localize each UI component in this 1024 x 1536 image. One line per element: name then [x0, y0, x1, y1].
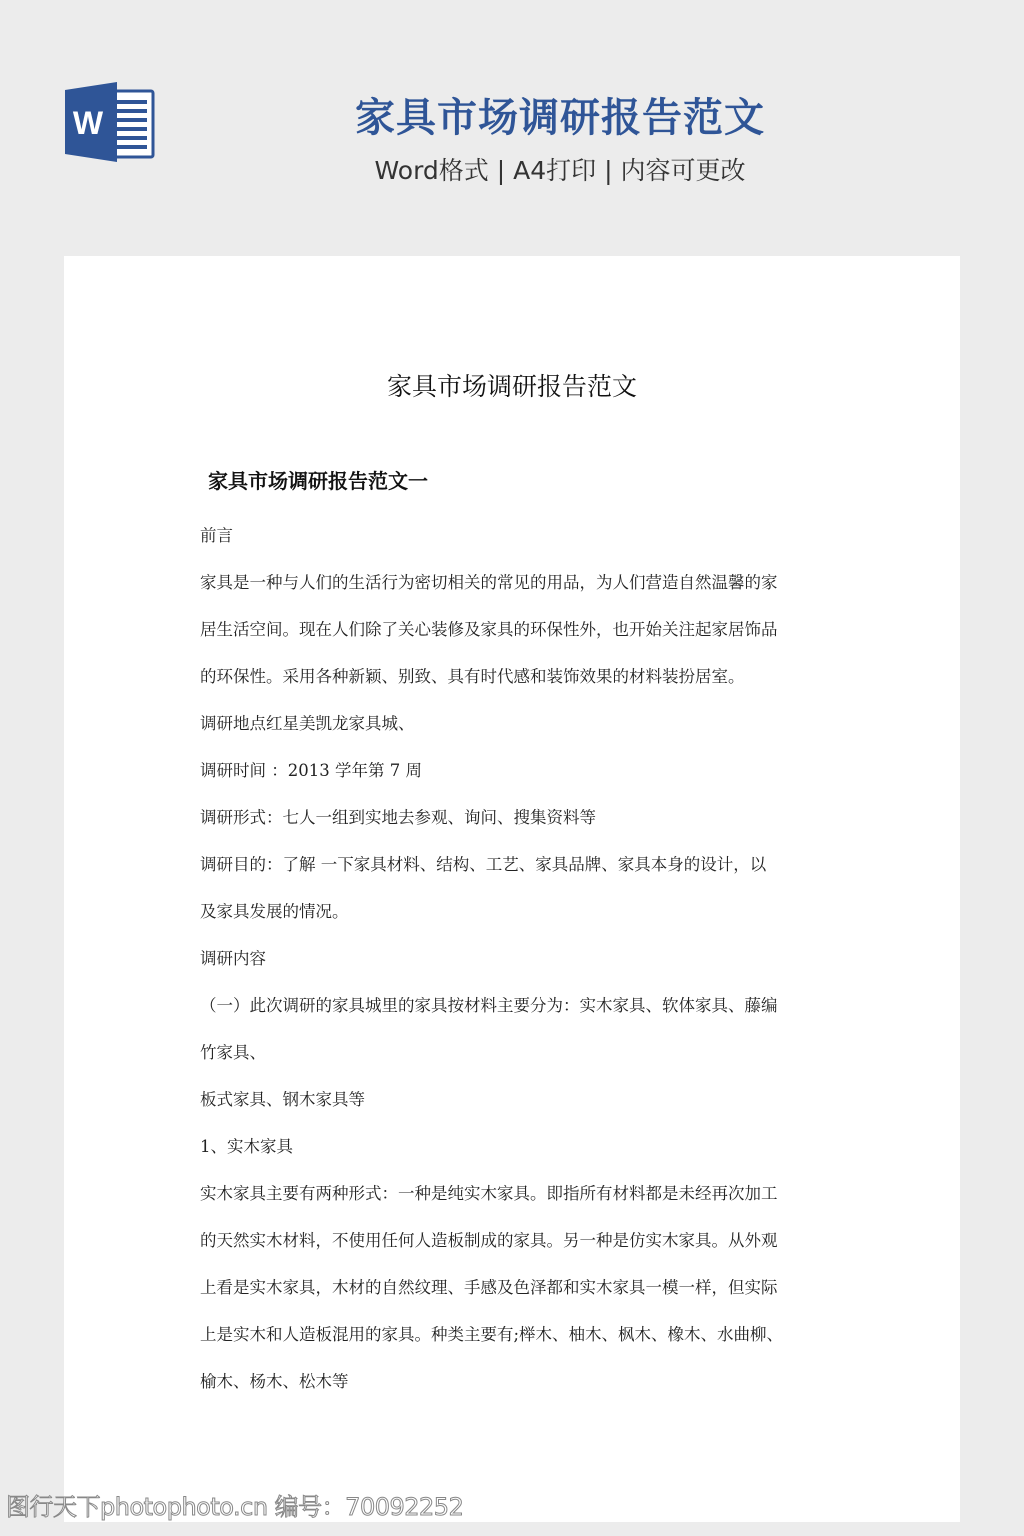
body-line: 上是实木和人造板混用的家具。种类主要有;榉木、柚木、枫木、橡木、水曲柳、 — [200, 1311, 830, 1358]
document-body: 前言 家具是一种与人们的生活行为密切相关的常见的用品，为人们营造自然温馨的家 居… — [200, 512, 830, 1405]
body-line: 上看是实木家具，木材的自然纹理、手感及色泽都和实木家具一模一样，但实际 — [200, 1264, 830, 1311]
document-page: 家具市场调研报告范文 家具市场调研报告范文一 前言 家具是一种与人们的生活行为密… — [64, 256, 960, 1522]
body-line: （一）此次调研的家具城里的家具按材料主要分为：实木家具、软体家具、藤编 — [200, 982, 830, 1029]
body-line: 的天然实木材料，不使用任何人造板制成的家具。另一种是仿实木家具。从外观 — [200, 1217, 830, 1264]
body-line: 榆木、杨木、松木等 — [200, 1358, 830, 1405]
header-title: 家具市场调研报告范文 — [330, 92, 790, 144]
body-line: 调研形式：七人一组到实地去参观、询问、搜集资料等 — [200, 794, 830, 841]
body-line: 居生活空间。现在人们除了关心装修及家具的环保性外，也开始关注起家居饰品 — [200, 606, 830, 653]
body-line: 及家具发展的情况。 — [200, 888, 830, 935]
body-line: 家具是一种与人们的生活行为密切相关的常见的用品，为人们营造自然温馨的家 — [200, 559, 830, 606]
body-line: 调研内容 — [200, 935, 830, 982]
document-title: 家具市场调研报告范文 — [64, 368, 960, 406]
header-subtitle: Word格式 | A4打印 | 内容可更改 — [330, 154, 790, 188]
body-line: 调研地点红星美凯龙家具城、 — [200, 700, 830, 747]
watermark: 图行天下photophoto.cn 编号：70092252 — [6, 1490, 463, 1524]
word-document-icon: W — [65, 82, 155, 162]
section-heading: 家具市场调研报告范文一 — [208, 466, 428, 496]
body-line: 板式家具、钢木家具等 — [200, 1076, 830, 1123]
body-line: 的环保性。采用各种新颖、别致、具有时代感和装饰效果的材料装扮居室。 — [200, 653, 830, 700]
body-line: 调研时间 ：2013 学年第 7 周 — [200, 747, 830, 794]
word-icon-letter: W — [73, 105, 104, 141]
body-line: 竹家具、 — [200, 1029, 830, 1076]
body-line: 实木家具主要有两种形式：一种是纯实木家具。即指所有材料都是未经再次加工 — [200, 1170, 830, 1217]
body-line: 1、实木家具 — [200, 1123, 830, 1170]
body-line: 前言 — [200, 512, 830, 559]
preview-header: W 家具市场调研报告范文 Word格式 | A4打印 | 内容可更改 — [0, 0, 1024, 256]
body-line: 调研目的：了解 一下家具材料、结构、工艺、家具品牌、家具本身的设计，以 — [200, 841, 830, 888]
